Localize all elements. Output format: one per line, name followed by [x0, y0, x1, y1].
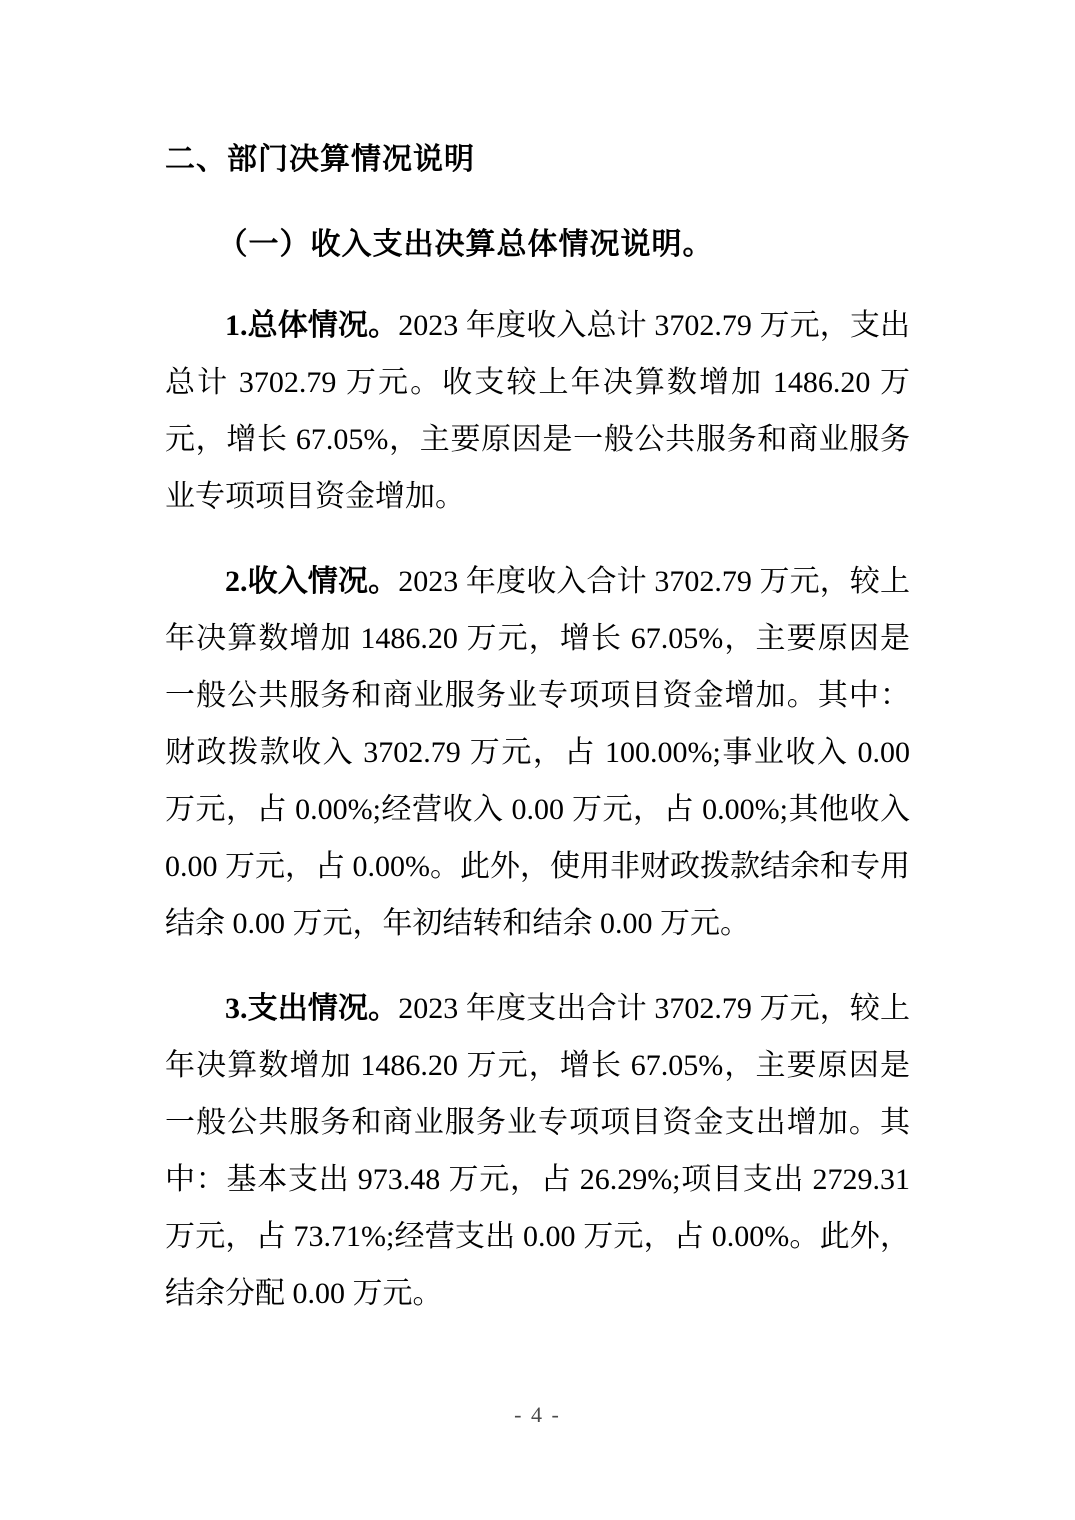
- paragraph-label: 2.收入情况。: [225, 565, 398, 598]
- paragraph-expenditure-situation: 3.支出情况。2023 年度支出合计 3702.79 万元，较上年决算数增加 1…: [165, 980, 910, 1322]
- section-heading: 二、部门决算情况说明: [165, 141, 910, 179]
- subsection-heading: （一）收入支出决算总体情况说明。: [165, 225, 910, 265]
- paragraph-text: 2023 年度收入合计 3702.79 万元，较上年决算数增加 1486.20 …: [165, 565, 910, 940]
- page-number: - 4 -: [0, 1400, 1075, 1430]
- document-content: 二、部门决算情况说明 （一）收入支出决算总体情况说明。 1.总体情况。2023 …: [165, 0, 910, 1322]
- paragraph-label: 3.支出情况。: [225, 992, 398, 1025]
- paragraph-label: 1.总体情况。: [225, 309, 398, 342]
- paragraph-overall-situation: 1.总体情况。2023 年度收入总计 3702.79 万元，支出总计 3702.…: [165, 297, 910, 525]
- paragraph-text: 2023 年度支出合计 3702.79 万元，较上年决算数增加 1486.20 …: [165, 992, 910, 1310]
- document-page: 二、部门决算情况说明 （一）收入支出决算总体情况说明。 1.总体情况。2023 …: [0, 0, 1075, 1520]
- paragraph-income-situation: 2.收入情况。2023 年度收入合计 3702.79 万元，较上年决算数增加 1…: [165, 553, 910, 952]
